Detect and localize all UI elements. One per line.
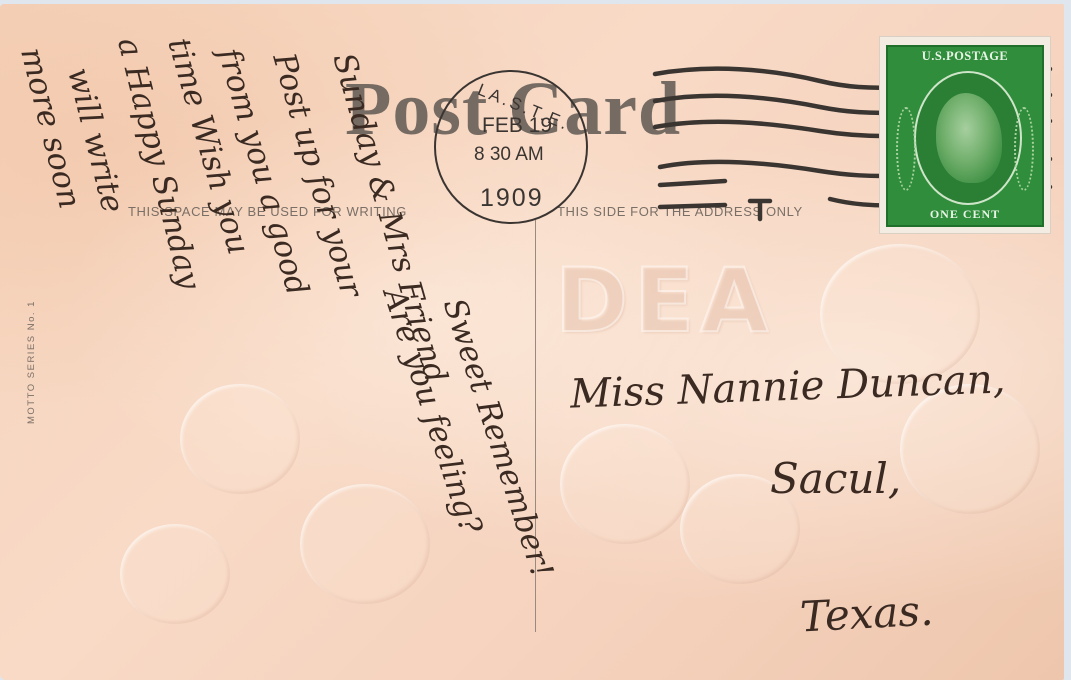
laurel-left-icon [896, 107, 916, 191]
franklin-portrait-icon [936, 93, 1002, 183]
postage-stamp: U.S.POSTAGE ONE CENT [880, 37, 1050, 233]
postmark-time: 8 30 AM [474, 144, 544, 166]
postmark-year: 1909 [480, 184, 544, 213]
address-town: Sacul, [770, 454, 901, 503]
address-state: Texas. [799, 586, 935, 642]
series-label: MOTTO SERIES No. 1 [26, 300, 37, 424]
stamp-denomination: ONE CENT [888, 207, 1042, 222]
laurel-right-icon [1014, 107, 1034, 191]
embossed-flower [300, 484, 430, 604]
stamp-top-text: U.S.POSTAGE [888, 49, 1042, 64]
embossed-text: DEA [555, 249, 774, 352]
postmark-date: FEB 19 [482, 114, 552, 138]
postcard: DEA Post Card THIS SPACE MAY BE USED FOR… [0, 4, 1064, 680]
stamp-portrait-frame [914, 71, 1022, 205]
postmark: LA.S.T.E. FEB 19 8 30 AM 1909 [434, 70, 588, 224]
embossed-flower [180, 384, 300, 494]
embossed-flower [560, 424, 690, 544]
embossed-flower [120, 524, 230, 624]
